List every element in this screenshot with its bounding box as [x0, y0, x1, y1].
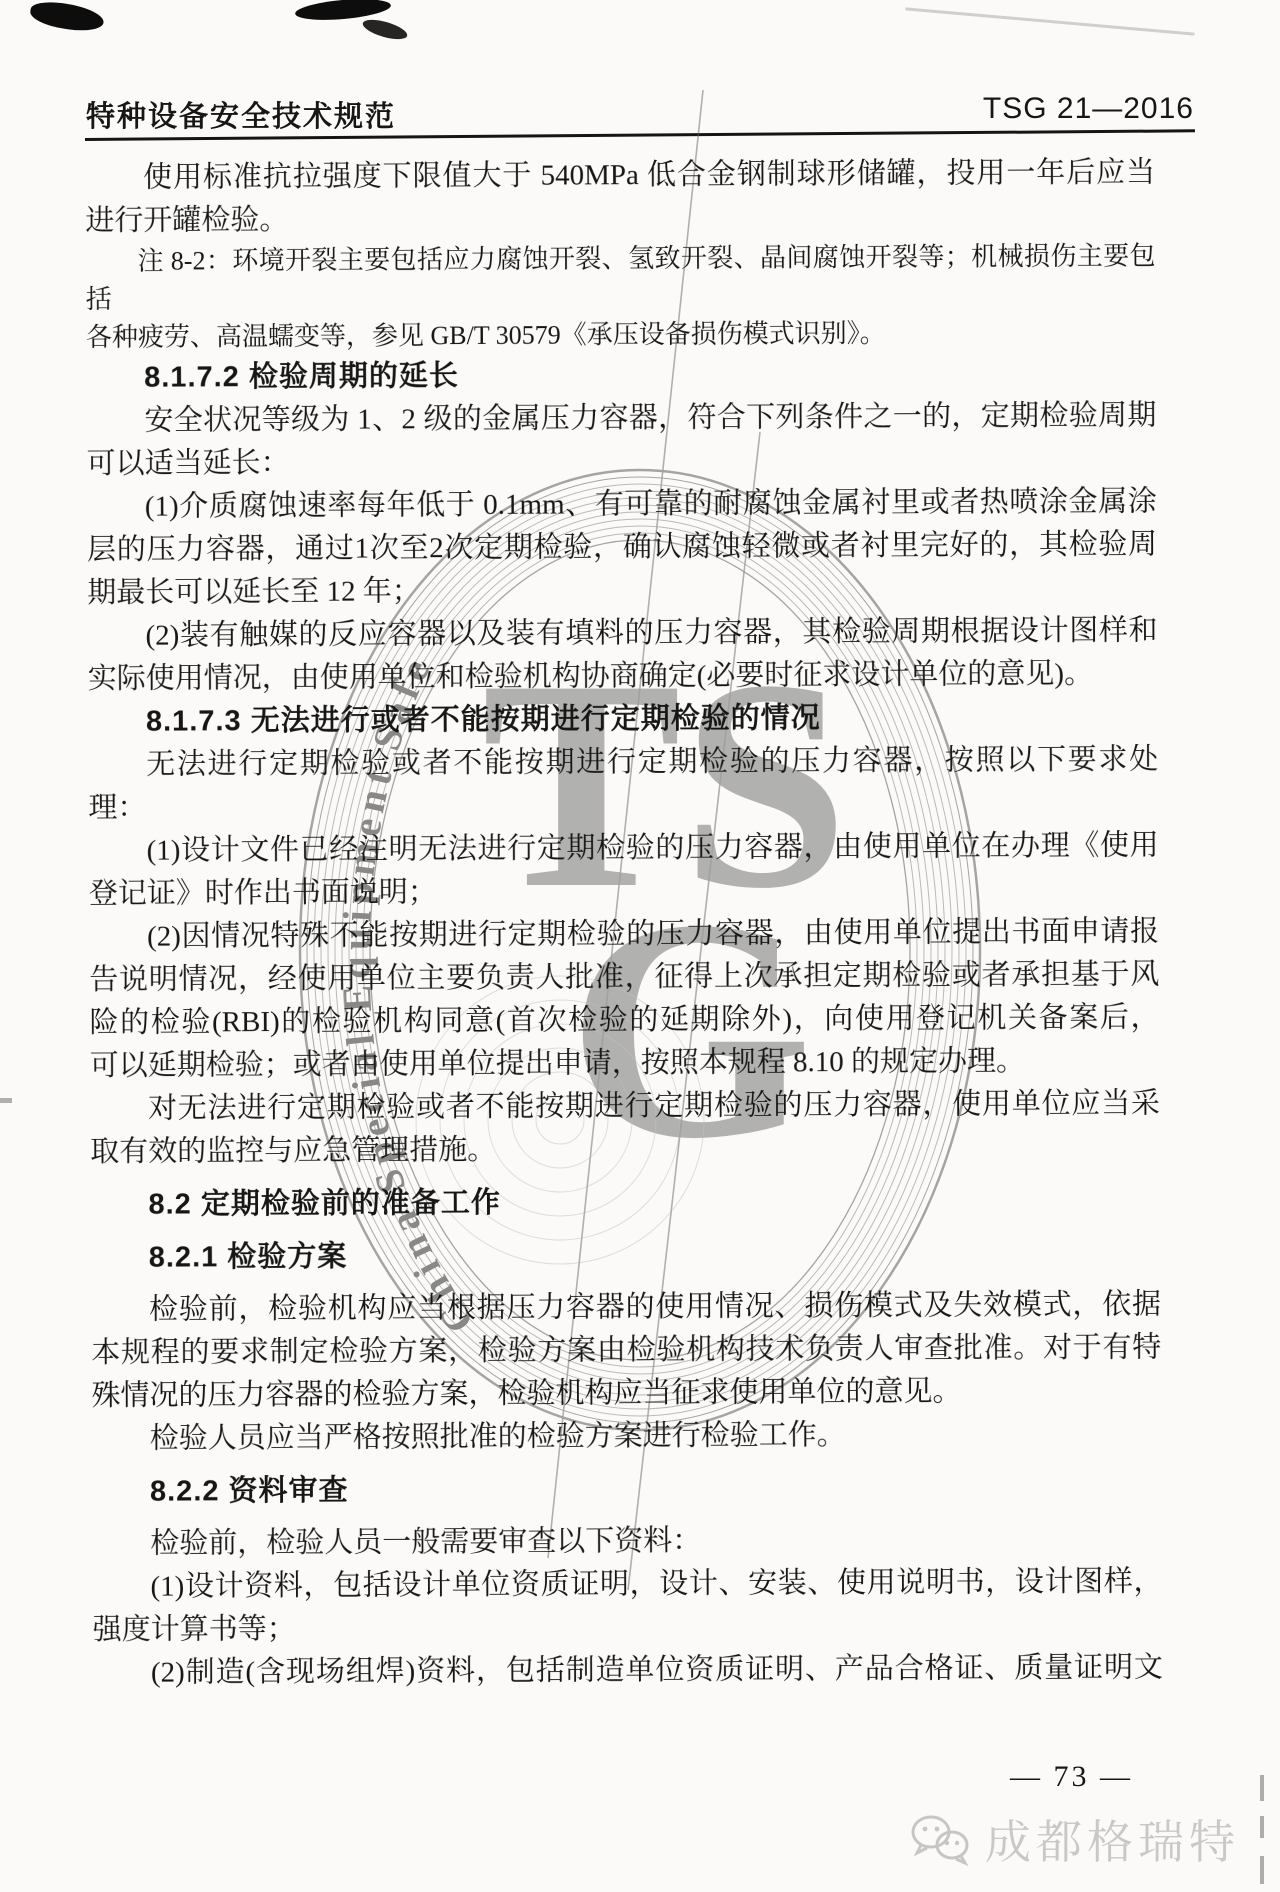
text-line: (1)介质腐蚀速率每年低于 0.1mm、有可靠的耐腐蚀金属衬里或者热喷涂金属涂 — [87, 480, 1157, 529]
page-number: — 73 — — [1010, 1760, 1133, 1794]
text-line: (1)设计资料，包括设计单位资质证明，设计、安装、使用说明书，设计图样， — [92, 1560, 1162, 1609]
text-line: 检验人员应当严格按照批准的检验方案进行检验工作。 — [92, 1412, 1162, 1461]
wechat-icon — [909, 1812, 971, 1866]
text-line: 强度计算书等； — [93, 1603, 1163, 1652]
text-line: (2)制造(含现场组焊)资料，包括制造单位资质证明、产品合格证、质量证明文 — [93, 1646, 1163, 1695]
text-line: 各种疲劳、高温蠕变等，参见 GB/T 30579《承压设备损伤模式识别》。 — [86, 313, 1156, 357]
text-line: 登记证》时作出书面说明； — [89, 867, 1159, 916]
scan-artifact — [1260, 1775, 1264, 1801]
header-document-code: TSG 21—2016 — [983, 92, 1194, 126]
text-line: 对无法进行定期检验或者不能按期进行定期检验的压力容器，使用单位应当采 — [90, 1082, 1160, 1131]
scan-artifact — [905, 7, 1194, 35]
text-line: 8.2.1 检验方案 — [91, 1231, 1161, 1280]
scan-artifact — [29, 0, 106, 34]
text-line: 使用标准抗拉强度下限值大于 540MPa 低合金钢制球形储罐，投用一年后应当 — [85, 151, 1155, 200]
text-line: 8.2.2 资料审查 — [92, 1465, 1162, 1514]
text-line: 实际使用情况，由使用单位和检验机构协商确定(必要时征求设计单位的意见)。 — [88, 652, 1158, 701]
text-line: 层的压力容器，通过1次至2次定期检验，确认腐蚀轻微或者衬里完好的，其检验周 — [87, 523, 1157, 572]
text-line: 殊情况的压力容器的检验方案，检验机构应当征求使用单位的意见。 — [91, 1369, 1161, 1418]
text-line: (1)设计文件已经注明无法进行定期检验的压力容器，由使用单位在办理《使用 — [89, 824, 1159, 873]
document-body: 使用标准抗拉强度下限值大于 540MPa 低合金钢制球形储罐，投用一年后应当进行… — [85, 151, 1163, 1695]
text-line: 理： — [88, 781, 1158, 830]
brand-text: 成都格瑞特 — [985, 1806, 1240, 1872]
text-line: 可以适当延长： — [86, 437, 1156, 486]
scan-artifact — [0, 1098, 12, 1103]
text-line: 取有效的监控与应急管理措施。 — [90, 1125, 1160, 1174]
scan-artifact — [361, 16, 409, 43]
text-line: 可以延期检验；或者由使用单位提出申请，按照本规程 8.10 的规定办理。 — [90, 1039, 1160, 1088]
text-line: 期最长可以延长至 12 年； — [87, 566, 1157, 615]
text-line: (2)装有触媒的反应容器以及装有填料的压力容器，其检验周期根据设计图样和 — [87, 609, 1157, 658]
text-line: 注 8-2：环境开裂主要包括应力腐蚀开裂、氢致开裂、晶间腐蚀开裂等；机械损伤主要… — [85, 237, 1155, 319]
text-line: 无法进行定期检验或者不能按期进行定期检验的压力容器，按照以下要求处 — [88, 738, 1158, 787]
text-line: 进行开罐检验。 — [85, 194, 1155, 243]
text-line: 本规程的要求制定检验方案，检验方案由检验机构技术负责人审查批准。对于有特 — [91, 1326, 1161, 1375]
text-line: 8.2 定期检验前的准备工作 — [90, 1178, 1160, 1227]
text-line: 8.1.7.3 无法进行或者不能按期进行定期检验的情况 — [88, 695, 1158, 744]
text-line: 险的检验(RBI)的检验机构同意(首次检验的延期除外)，向使用登记机关备案后， — [89, 996, 1159, 1045]
text-line: 告说明情况，经使用单位主要负责人批准，征得上次承担定期检验或者承担基于风 — [89, 953, 1159, 1002]
scanned-page: 特种设备安全技术规范 TSG 21—2016 China Special Equ… — [0, 0, 1280, 1892]
brand-watermark: 成都格瑞特 — [909, 1806, 1240, 1872]
scan-artifact — [1260, 1856, 1264, 1884]
text-line: 安全状况等级为 1、2 级的金属压力容器，符合下列条件之一的，定期检验周期 — [86, 394, 1156, 443]
scan-artifact — [1260, 1816, 1264, 1838]
text-line: (2)因情况特殊不能按期进行定期检验的压力容器，由使用单位提出书面申请报 — [89, 910, 1159, 959]
text-line: 检验前，检验人员一般需要审查以下资料： — [92, 1517, 1162, 1566]
header-title: 特种设备安全技术规范 — [86, 94, 396, 135]
text-line: 8.1.7.2 检验周期的延长 — [86, 351, 1156, 400]
text-line: 检验前，检验机构应当根据压力容器的使用情况、损伤模式及失效模式，依据 — [91, 1283, 1161, 1332]
